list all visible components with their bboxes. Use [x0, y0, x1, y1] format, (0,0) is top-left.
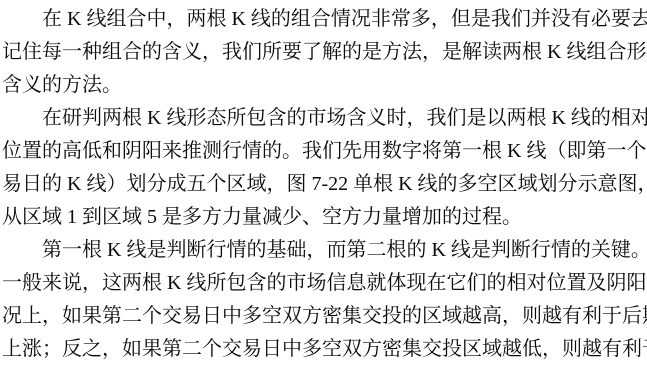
text-line: 上涨；反之，如果第二个交易日中多空双方密集交投区域越低，则越有利于	[2, 333, 645, 365]
text-line: 从区域 1 到区域 5 是多方力量减少、空方力量增加的过程。	[2, 201, 645, 234]
book-page: 在 K 线组合中，两根 K 线的组合情况非常多，但是我们并没有必要去 记住每一种…	[0, 0, 647, 365]
text-line: 位置的高低和阴阳来推测行情的。我们先用数字将第一根 K 线（即第一个交	[2, 135, 645, 168]
text-line: 记住每一种组合的含义，我们所要了解的是方法，是解读两根 K 线组合形态	[2, 36, 645, 69]
text-line: 易日的 K 线）划分成五个区域，图 7-22 单根 K 线的多空区域划分示意图，	[2, 168, 645, 201]
text-line: 况上，如果第二个交易日中多空双方密集交投的区域越高，则越有利于后期	[2, 300, 645, 333]
text-line: 在 K 线组合中，两根 K 线的组合情况非常多，但是我们并没有必要去	[2, 3, 645, 36]
text-line: 在研判两根 K 线形态所包含的市场含义时，我们是以两根 K 线的相对	[2, 102, 645, 135]
text-line: 一般来说，这两根 K 线所包含的市场信息就体现在它们的相对位置及阴阳情	[2, 267, 645, 300]
text-line: 含义的方法。	[2, 69, 645, 102]
text-line: 第一根 K 线是判断行情的基础，而第二根的 K 线是判断行情的关键。	[2, 234, 645, 267]
